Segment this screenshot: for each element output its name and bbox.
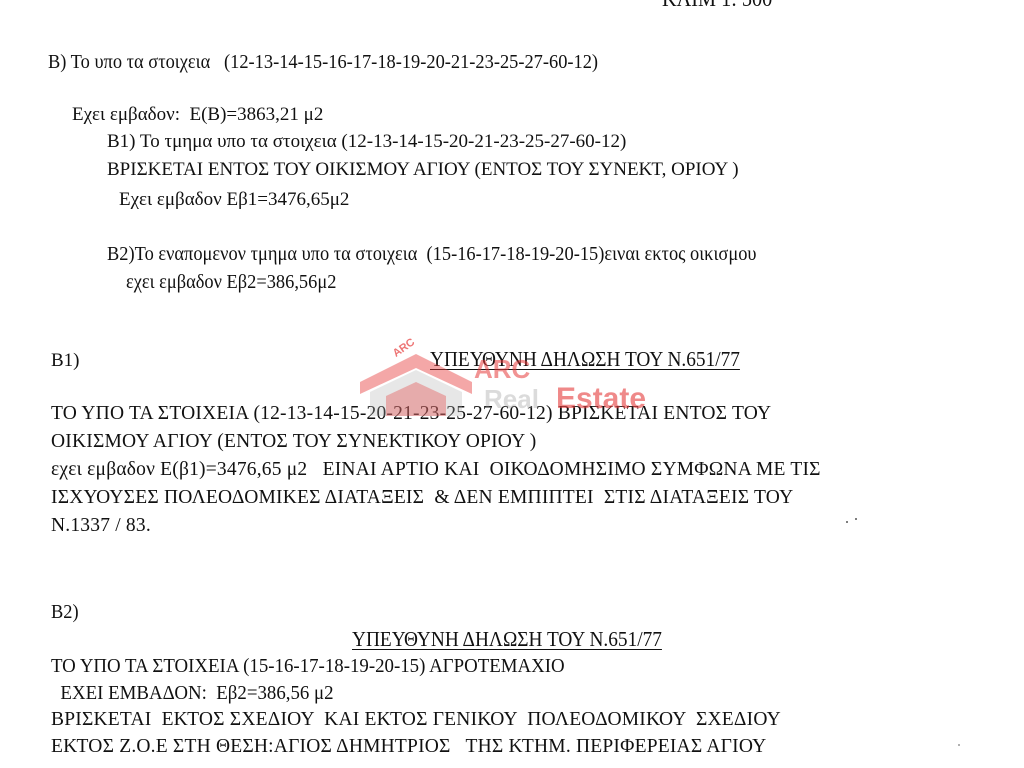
declaration-b1-line: Ν.1337 / 83. xyxy=(51,516,151,536)
section-b1-title: Β1) Το τμημα υπο τα στοιχεια (12-13-14-1… xyxy=(107,132,626,151)
scan-speck xyxy=(958,744,960,746)
section-b2-title: Β2)Το εναπομενον τμημα υπο τα στοιχεια (… xyxy=(107,244,757,264)
declaration-b2-line: ΒΡΙΣΚΕΤΑΙ ΕΚΤΟΣ ΣΧΕΔΙΟΥ ΚΑΙ ΕΚΤΟΣ ΓΕΝΙΚΟ… xyxy=(51,710,781,730)
declaration-b1-label: Β1) xyxy=(51,351,80,370)
scale-label: ΚΛΙΜ 1: 500 xyxy=(662,0,772,10)
declaration-b2-line: ΕΧΕΙ ΕΜΒΑΔΟΝ: Εβ2=386,56 μ2 xyxy=(51,683,334,704)
declaration-b1-line: ΙΣΧΥΟΥΣΕΣ ΠΟΛΕΟΔΟΜΙΚΕΣ ΔΙΑΤΑΞΕΙΣ & ΔΕΝ Ε… xyxy=(51,488,793,508)
declaration-b2-heading: ΥΠΕΥΘΥΝΗ ΔΗΛΩΣΗ ΤΟΥ Ν.651/77 xyxy=(352,629,662,650)
declaration-b2-line: ΕΚΤΟΣ Ζ.Ο.Ε ΣΤΗ ΘΕΣΗ:ΑΓΙΟΣ ΔΗΜΗΤΡΙΟΣ ΤΗΣ… xyxy=(51,737,766,757)
declaration-b1-line: εχει εμβαδον Ε(β1)=3476,65 μ2 ΕΙΝΑΙ ΑΡΤΙ… xyxy=(51,460,821,480)
section-b2-area: εχει εμβαδον Εβ2=386,56μ2 xyxy=(126,272,336,292)
declaration-b2-label: Β2) xyxy=(51,602,79,622)
section-b-title: Β) Το υπο τα στοιχεια (12-13-14-15-16-17… xyxy=(48,52,598,72)
scan-speck xyxy=(855,518,857,520)
scan-speck xyxy=(846,521,848,523)
section-b1-location: ΒΡΙΣΚΕΤΑΙ ΕΝΤΟΣ ΤΟΥ ΟΙΚΙΣΜΟΥ ΑΓΙΟΥ (ΕΝΤΟ… xyxy=(107,160,739,179)
section-b-area: Εχει εμβαδον: Ε(Β)=3863,21 μ2 xyxy=(72,105,323,124)
declaration-b1-line: ΟΙΚΙΣΜΟΥ ΑΓΙΟΥ (ΕΝΤΟΣ ΤΟΥ ΣΥΝΕΚΤΙΚΟΥ ΟΡΙ… xyxy=(51,432,536,452)
declaration-b1-heading: ΥΠΕΥΘΥΝΗ ΔΗΛΩΣΗ ΤΟΥ Ν.651/77 xyxy=(430,349,740,370)
declaration-b1-line: ΤΟ ΥΠΟ ΤΑ ΣΤΟΙΧΕΙΑ (12-13-14-15-20-21-23… xyxy=(51,404,771,424)
watermark-brand-small: ARC xyxy=(391,336,417,360)
section-b1-area: Εχει εμβαδον Εβ1=3476,65μ2 xyxy=(119,190,349,209)
declaration-b2-line: ΤΟ ΥΠΟ ΤΑ ΣΤΟΙΧΕΙΑ (15-16-17-18-19-20-15… xyxy=(51,656,565,677)
